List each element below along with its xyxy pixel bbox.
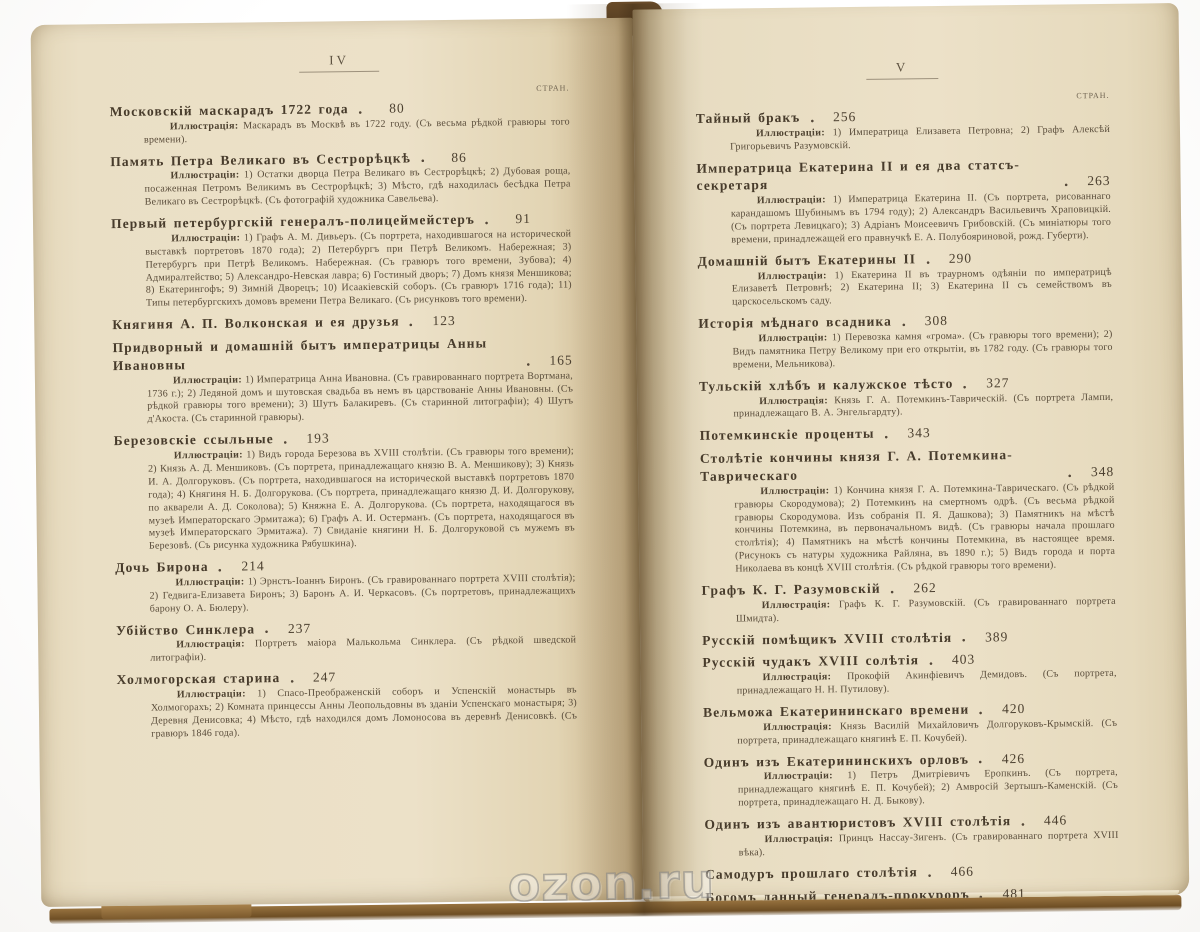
toc-entry: Графъ К. Г. Разумовскій 262 Иллюстрація:…	[701, 577, 1116, 627]
chapter-title: Тульскій хлѣбъ и калужское тѣсто	[699, 375, 954, 396]
chapter-page-number: 290	[946, 249, 972, 267]
toc-entry: Княгиня А. П. Волконская и ея друзья 123	[112, 311, 572, 334]
illustrations-label: Иллюстрація:	[763, 721, 832, 733]
right-folio: V	[866, 59, 939, 80]
open-book: IV СТРАН. Московскій маскарадъ 1722 года…	[30, 0, 1191, 929]
chapter-title: Придворный и домашній бытъ императрицы А…	[112, 334, 516, 375]
chapter-title: Одинъ изъ авантюристовъ XVIII столѣтія	[704, 812, 1011, 834]
chapter-title: Одинъ изъ Екатерининскихъ орловъ	[704, 750, 970, 771]
chapter-title: Вельможа Екатерининскаго времени	[703, 701, 969, 722]
dot-leader	[929, 662, 943, 665]
dot-leader	[979, 761, 993, 764]
illustrations-label: Иллюстраціи:	[171, 232, 240, 244]
chapter-title: Память Петра Великаго въ Сестрорѣцкѣ	[110, 149, 411, 170]
toc-entry-line: Императрица Екатерина II и ея два статсъ…	[696, 154, 1110, 195]
toc-entry: Дочь Бирона 214 Иллюстраціи: 1) Эрнстъ-І…	[115, 554, 576, 617]
chapter-page-number: 403	[949, 651, 975, 669]
illustrations-note: Иллюстраціи: 1) Императрица Анна Ивановн…	[113, 370, 574, 427]
dot-leader	[1065, 183, 1079, 186]
illustrations-note: Иллюстраціи: 1) Императрица Екатерина II…	[697, 191, 1112, 248]
toc-entry: Потемкинскіе проценты 343	[700, 422, 1114, 445]
toc-entry-line: Самодуръ прошлаго столѣтія 466	[705, 861, 1119, 884]
toc-entry-line: Столѣтіе кончины князя Г. А. Потемкина-Т…	[700, 445, 1114, 486]
dot-leader	[290, 680, 304, 683]
illustrations-label: Иллюстрація:	[176, 639, 245, 651]
chapter-page-number: 256	[830, 108, 856, 126]
illustrations-label: Иллюстраціи:	[177, 689, 246, 701]
chapter-page-number: 262	[911, 579, 937, 597]
dot-leader	[928, 873, 942, 876]
toc-entry: Московскій маскарадъ 1722 года 80 Иллюст…	[110, 97, 571, 147]
illustrations-note: Иллюстрація: Маскарадъ въ Москвѣ въ 1722…	[110, 116, 570, 147]
illustrations-note: Иллюстраціи: 1) Графъ А. М. Дивьеръ. (Съ…	[111, 228, 572, 311]
illustrations-label: Иллюстрація:	[765, 833, 834, 845]
toc-entry: Одинъ изъ Екатерининскихъ орловъ 426 Илл…	[704, 748, 1119, 811]
dot-leader	[979, 711, 993, 714]
left-page: IV СТРАН. Московскій маскарадъ 1722 года…	[31, 18, 644, 907]
right-column-header: СТРАН.	[696, 91, 1110, 105]
dot-leader	[485, 221, 499, 224]
illustrations-label: Иллюстрація:	[763, 672, 832, 684]
illustrations-note: Иллюстрація: Князь Василій Михайловичъ Д…	[703, 718, 1117, 749]
left-folio: IV	[299, 52, 379, 73]
toc-entry: Самодуръ прошлаго столѣтія 466	[705, 861, 1119, 884]
toc-entry-line: Потемкинскіе проценты 343	[700, 422, 1114, 445]
chapter-title: Русскій помѣщикъ XVIII столѣтія	[702, 628, 952, 649]
chapter-page-number: 86	[441, 148, 467, 166]
illustrations-label: Иллюстраціи:	[760, 485, 829, 497]
toc-entry: Исторія мѣднаго всадника 308 Иллюстраціи…	[698, 310, 1113, 373]
illustrations-label: Иллюстраціи:	[174, 450, 243, 462]
dot-leader	[265, 631, 279, 634]
toc-entry-line: Придворный и домашній бытъ императрицы А…	[112, 334, 572, 375]
toc-entry: Убійство Синклера 237 Иллюстрація: Портр…	[116, 616, 577, 666]
illustrations-label: Иллюстрація:	[762, 599, 831, 611]
illustrations-label: Иллюстрація:	[759, 395, 828, 407]
chapter-page-number: 263	[1084, 172, 1110, 190]
toc-entry: Тульскій хлѣбъ и калужское тѣсто 327 Илл…	[699, 373, 1114, 423]
toc-entry: Русскій помѣщикъ XVIII столѣтія 389	[702, 626, 1116, 649]
illustrations-note: Иллюстраціи: 1) Императрица Елизавета Пе…	[696, 124, 1110, 155]
chapter-page-number: 420	[999, 700, 1025, 718]
illustrations-note: Иллюстраціи: 1) Остатки дворца Петра Вел…	[110, 166, 570, 210]
illustrations-note: Иллюстраціи: 1) Кончина князя Г. А. Поте…	[700, 482, 1115, 577]
illustrations-note: Иллюстрація: Князь Г. А. Потемкинъ-Таври…	[699, 391, 1113, 422]
dot-leader	[810, 119, 824, 122]
chapter-title: Березовскіе ссыльные	[114, 430, 274, 450]
illustrations-text: 1) Видъ города Березова въ XVIII столѣті…	[148, 446, 575, 552]
right-entries: Тайный бракъ 256 Иллюстраціи: 1) Императ…	[696, 105, 1120, 902]
chapter-page-number: 389	[982, 628, 1008, 646]
chapter-page-number: 343	[905, 424, 931, 442]
chapter-title: Княгиня А. П. Волконская и ея друзья	[112, 313, 400, 334]
chapter-title: Исторія мѣднаго всадника	[698, 313, 892, 333]
chapter-page-number: 327	[983, 374, 1009, 392]
chapter-title: Тайный бракъ	[696, 109, 801, 128]
left-column-header: СТРАН.	[109, 83, 569, 98]
dot-leader	[1068, 474, 1082, 477]
illustrations-label: Иллюстраціи:	[758, 270, 827, 282]
dot-leader	[902, 323, 916, 326]
toc-entry: Русскій чудакъ XVIII солѣтія 403 Иллюстр…	[702, 649, 1117, 699]
illustrations-label: Иллюстраціи:	[175, 576, 244, 588]
chapter-page-number: 446	[1041, 812, 1067, 830]
illustrations-label: Иллюстраціи:	[173, 374, 242, 386]
chapter-page-number: 214	[239, 557, 265, 575]
illustrations-note: Иллюстрація: Портретъ маіора Малькольма …	[116, 635, 576, 666]
illustrations-note: Иллюстраціи: 1) Перевозка камня «грома».…	[698, 329, 1112, 373]
right-page: V СТРАН. Тайный бракъ 256 Иллюстраціи: 1…	[632, 3, 1189, 902]
illustrations-note: Иллюстраціи: 1) Спасо-Преображенскій соб…	[117, 684, 578, 741]
toc-entry: Березовскіе ссыльные 193 Иллюстраціи: 1)…	[114, 427, 575, 555]
illustrations-note: Иллюстрація: Графъ К. Г. Разумовскій. (С…	[702, 596, 1116, 627]
chapter-title: Домашній бытъ Екатерины II	[697, 250, 916, 270]
chapter-page-number: 426	[999, 750, 1025, 768]
chapter-title: Потемкинскіе проценты	[700, 425, 875, 445]
toc-entry: Столѣтіе кончины князя Г. А. Потемкина-Т…	[700, 445, 1116, 577]
toc-entry: Вельможа Екатерининскаго времени 420 Илл…	[703, 699, 1118, 749]
illustrations-label: Иллюстраціи:	[757, 195, 826, 207]
dot-leader	[891, 590, 905, 593]
chapter-title: Императрица Екатерина II и ея два статсъ…	[696, 155, 1054, 195]
illustrations-label: Иллюстраціи:	[758, 332, 827, 344]
chapter-page-number: 466	[948, 862, 974, 880]
illustrations-note: Иллюстраціи: 1) Видъ города Березова въ …	[114, 446, 575, 555]
chapter-title: Убійство Синклера	[116, 620, 255, 640]
illustrations-note: Иллюстраціи: 1) Петръ Дмитріевичъ Еропки…	[704, 767, 1118, 811]
toc-entry: Домашній бытъ Екатерины II 290 Иллюстрац…	[697, 248, 1112, 311]
toc-entry-line: Княгиня А. П. Волконская и ея друзья 123	[112, 311, 572, 334]
chapter-page-number: 308	[922, 312, 948, 330]
photo-background: { "photo": { "watermark": "ozon.ru" }, "…	[0, 0, 1200, 932]
illustrations-label: Иллюстрація:	[170, 120, 239, 132]
toc-entry: Тайный бракъ 256 Иллюстраціи: 1) Императ…	[696, 105, 1111, 155]
illustrations-note: Иллюстраціи: 1) Эрнстъ-Іоаннъ Биронъ. (С…	[115, 572, 575, 616]
dot-leader	[527, 363, 541, 366]
chapter-title: Самодуръ прошлаго столѣтія	[705, 863, 918, 883]
chapter-page-number: 348	[1088, 463, 1114, 481]
chapter-title: Графъ К. Г. Разумовскій	[701, 580, 880, 600]
toc-entry: Холмогорская старина 247 Иллюстраціи: 1)…	[117, 666, 578, 742]
chapter-title: Дочь Бирона	[115, 558, 209, 577]
dot-leader	[359, 111, 373, 114]
chapter-page-number: 80	[379, 99, 405, 117]
dot-leader	[284, 441, 298, 444]
dot-leader	[1021, 823, 1035, 826]
dot-leader	[885, 436, 899, 439]
toc-entry: Придворный и домашній бытъ императрицы А…	[112, 334, 573, 428]
chapter-page-number: 237	[285, 619, 311, 637]
chapter-title: Московскій маскарадъ 1722 года	[110, 100, 349, 121]
toc-entry-line: Русскій помѣщикъ XVIII столѣтія 389	[702, 626, 1116, 649]
chapter-title: Столѣтіе кончины князя Г. А. Потемкина-Т…	[700, 446, 1058, 486]
dot-leader	[219, 569, 233, 572]
chapter-page-number: 247	[310, 669, 336, 687]
watermark-ozon: ozon.ru	[508, 854, 716, 913]
chapter-page-number: 165	[547, 351, 573, 369]
toc-entry: Императрица Екатерина II и ея два статсъ…	[696, 154, 1111, 247]
dot-leader	[421, 160, 435, 163]
dot-leader	[963, 385, 977, 388]
chapter-page-number: 91	[505, 210, 531, 228]
illustrations-label: Иллюстраціи:	[764, 771, 833, 783]
illustrations-label: Иллюстраціи:	[756, 127, 825, 139]
illustrations-note: Иллюстраціи: 1) Екатерина II въ траурном…	[698, 266, 1112, 310]
chapter-page-number: 193	[304, 430, 330, 448]
dot-leader	[410, 323, 424, 326]
chapter-page-number: 123	[430, 312, 456, 330]
toc-entry: Одинъ изъ авантюристовъ XVIII столѣтія 4…	[704, 811, 1119, 861]
illustrations-label: Иллюстраціи:	[170, 170, 239, 182]
dot-leader	[962, 639, 976, 642]
toc-entry: Память Петра Великаго въ Сестрорѣцкѣ 86 …	[110, 147, 571, 210]
toc-entry: Первый петербургскій генералъ-полицеймей…	[111, 210, 572, 312]
illustrations-note: Иллюстрація: Принцъ Нассау-Зигенъ. (Съ г…	[705, 830, 1119, 861]
chapter-title: Русскій чудакъ XVIII солѣтія	[702, 652, 919, 672]
left-entries: Московскій маскарадъ 1722 года 80 Иллюст…	[110, 97, 578, 741]
dot-leader	[926, 261, 940, 264]
illustrations-note: Иллюстрація: Прокофій Акинфіевичъ Демидо…	[703, 668, 1117, 699]
chapter-title: Холмогорская старина	[117, 669, 281, 689]
